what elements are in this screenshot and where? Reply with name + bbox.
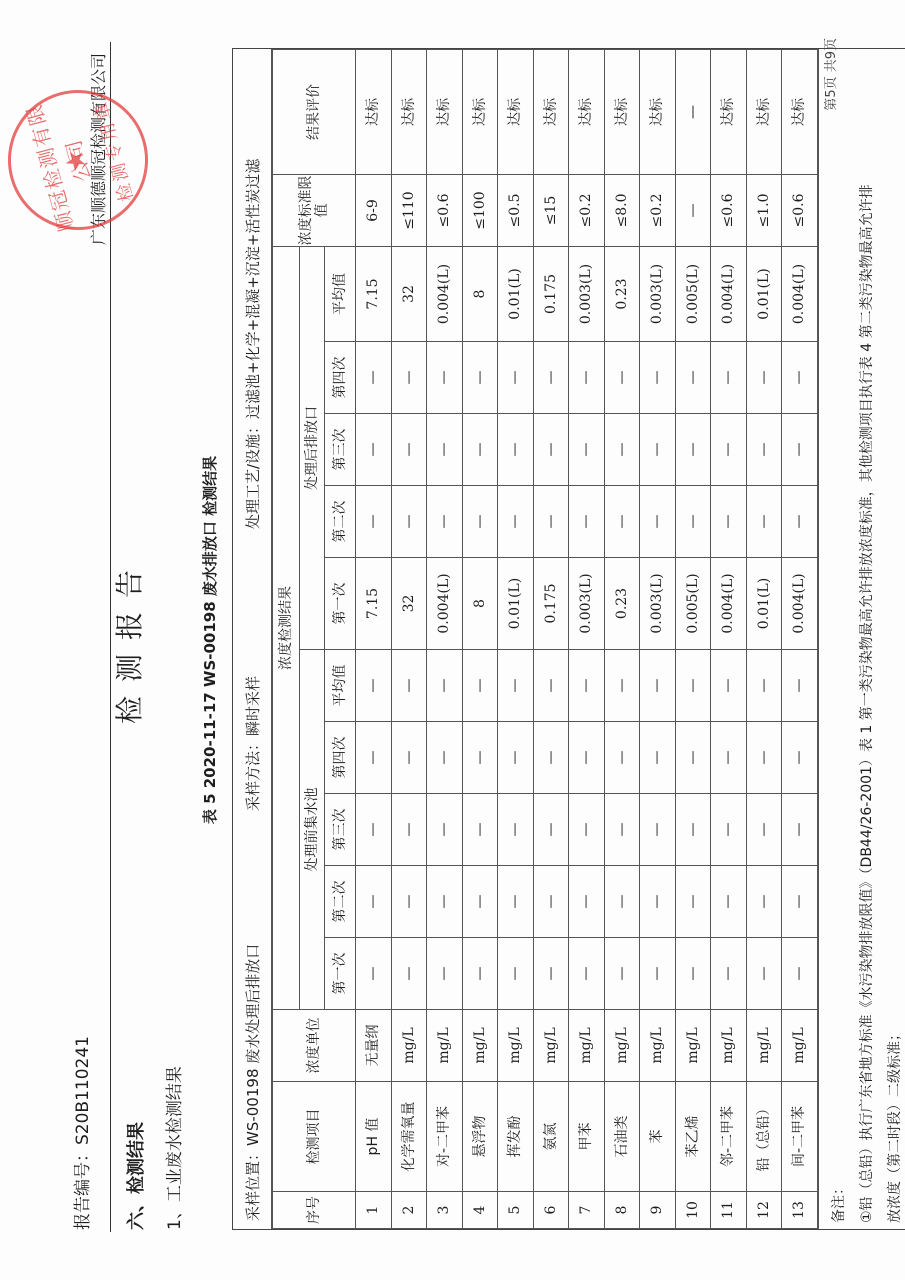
row-result: 达标 — [569, 50, 605, 175]
row-item: 悬浮物 — [462, 1082, 498, 1192]
page-number: 第5页 共9页 — [820, 38, 839, 111]
row-item: pH 值 — [356, 1082, 392, 1192]
row-unit: mg/L — [498, 1010, 534, 1082]
row-before-value: — — [498, 722, 534, 794]
row-before-value: — — [640, 650, 676, 722]
row-after-value: 8 — [462, 247, 498, 342]
row-before-value: — — [533, 650, 569, 722]
row-before-value: — — [675, 722, 711, 794]
row-before-value: — — [711, 722, 747, 794]
row-before-value: — — [640, 722, 676, 794]
row-limit: ≤0.6 — [782, 175, 818, 247]
row-before-value: — — [711, 650, 747, 722]
row-seq: 7 — [569, 1192, 605, 1229]
row-limit: ≤0.5 — [498, 175, 534, 247]
row-before-value: — — [498, 650, 534, 722]
row-after-value: — — [711, 486, 747, 558]
row-after-value: 0.01(L) — [498, 558, 534, 650]
row-seq: 9 — [640, 1192, 676, 1229]
row-item: 苯乙烯 — [675, 1082, 711, 1192]
table-row: 1pH 值无量纲—————7.15———7.156-9达标 — [356, 50, 392, 1229]
row-before-value: — — [391, 938, 427, 1010]
row-after-value: — — [782, 342, 818, 414]
row-after-value: — — [746, 342, 782, 414]
row-before-value: — — [356, 722, 392, 794]
table-row: 13间-二甲苯mg/L—————0.004(L)———0.004(L)≤0.6达… — [782, 50, 818, 1229]
row-after-value: — — [462, 486, 498, 558]
row-after-value: — — [356, 342, 392, 414]
row-unit: mg/L — [569, 1010, 605, 1082]
row-after-value: 0.004(L) — [782, 558, 818, 650]
row-item: 化学需氧量 — [391, 1082, 427, 1192]
row-limit: ≤0.6 — [427, 175, 463, 247]
row-before-value: — — [569, 794, 605, 866]
row-after-value: — — [640, 414, 676, 486]
row-seq: 10 — [675, 1192, 711, 1229]
row-seq: 2 — [391, 1192, 427, 1229]
row-after-value: — — [604, 414, 640, 486]
row-limit: ≤110 — [391, 175, 427, 247]
row-before-value: — — [391, 722, 427, 794]
row-after-value: — — [782, 486, 818, 558]
row-after-value: — — [462, 414, 498, 486]
row-after-value: — — [498, 414, 534, 486]
row-limit: ≤0.6 — [711, 175, 747, 247]
row-after-value: — — [356, 414, 392, 486]
row-after-value: — — [498, 486, 534, 558]
table-row: 10苯乙烯mg/L—————0.005(L)———0.005(L)—— — [675, 50, 711, 1229]
row-after-value: — — [711, 342, 747, 414]
row-before-value: — — [675, 938, 711, 1010]
report-number: 报告编号：S20B110241 — [68, 1036, 93, 1230]
row-before-value: — — [356, 938, 392, 1010]
row-after-value: 7.15 — [356, 247, 392, 342]
row-before-value: — — [640, 938, 676, 1010]
row-after-value: 0.004(L) — [711, 558, 747, 650]
table-notes: 备注： ①铅（总铅）执行广东省地方标准《水污染物排放限值》（DB44/26-20… — [818, 49, 905, 1229]
row-before-value: — — [746, 866, 782, 938]
row-before-value: — — [462, 794, 498, 866]
row-after-value: — — [569, 414, 605, 486]
row-before-value: — — [533, 866, 569, 938]
row-after-value: — — [711, 414, 747, 486]
row-before-value: — — [782, 722, 818, 794]
row-unit: mg/L — [604, 1010, 640, 1082]
row-limit: ≤8.0 — [604, 175, 640, 247]
row-result: 达标 — [640, 50, 676, 175]
row-before-value: — — [569, 722, 605, 794]
sampling-method: 采样方法：瞬时采样 — [242, 676, 263, 811]
row-after-value: — — [498, 342, 534, 414]
row-before-value: — — [427, 938, 463, 1010]
row-before-value: — — [746, 938, 782, 1010]
table-row: 5挥发酚mg/L—————0.01(L)———0.01(L)≤0.5达标 — [498, 50, 534, 1229]
row-item: 苯 — [640, 1082, 676, 1192]
row-unit: mg/L — [427, 1010, 463, 1082]
row-before-value: — — [427, 794, 463, 866]
row-before-value: — — [746, 650, 782, 722]
row-before-value: — — [782, 650, 818, 722]
row-after-value: — — [569, 342, 605, 414]
header-after-average: 平均值 — [325, 247, 356, 342]
row-before-value: — — [711, 794, 747, 866]
row-result: 达标 — [427, 50, 463, 175]
row-after-value: 0.003(L) — [640, 558, 676, 650]
row-limit: — — [675, 175, 711, 247]
table-row: 7甲苯mg/L—————0.003(L)———0.003(L)≤0.2达标 — [569, 50, 605, 1229]
row-after-value: — — [640, 486, 676, 558]
row-before-value: — — [711, 866, 747, 938]
row-before-value: — — [462, 722, 498, 794]
header-after-group: 处理后排放口 — [300, 247, 325, 650]
row-after-value: — — [569, 486, 605, 558]
table-row: 8石油类mg/L—————0.23———0.23≤8.0达标 — [604, 50, 640, 1229]
row-result: 达标 — [391, 50, 427, 175]
row-result: 达标 — [782, 50, 818, 175]
header-evaluation: 结果评价 — [273, 50, 356, 175]
report-page: 报告编号：S20B110241 检测报告 广东顺德顺冠检测有限公司 顺冠检测有限… — [0, 0, 905, 1280]
row-before-value: — — [746, 722, 782, 794]
row-before-value: — — [427, 650, 463, 722]
row-after-value: 0.01(L) — [746, 558, 782, 650]
row-limit: ≤100 — [462, 175, 498, 247]
row-before-value: — — [498, 794, 534, 866]
header-before-third: 第三次 — [325, 794, 356, 866]
row-after-value: — — [427, 414, 463, 486]
row-after-value: — — [746, 486, 782, 558]
header-after-second: 第二次 — [325, 486, 356, 558]
row-after-value: — — [782, 414, 818, 486]
row-unit: mg/L — [675, 1010, 711, 1082]
row-seq: 5 — [498, 1192, 534, 1229]
row-after-value: 0.003(L) — [569, 247, 605, 342]
header-after-third: 第三次 — [325, 414, 356, 486]
header-after-first: 第一次 — [325, 558, 356, 650]
row-item: 石油类 — [604, 1082, 640, 1192]
table-row: 6氨氮mg/L—————0.175———0.175≤15达标 — [533, 50, 569, 1229]
row-before-value: — — [498, 938, 534, 1010]
row-before-value: — — [675, 650, 711, 722]
row-after-value: 0.175 — [533, 247, 569, 342]
row-after-value: 0.004(L) — [427, 247, 463, 342]
row-before-value: — — [604, 650, 640, 722]
header-before-average: 平均值 — [325, 650, 356, 722]
row-before-value: — — [675, 866, 711, 938]
table-info-row: 采样位置：WS-00198 废水处理后排放口 采样方法：瞬时采样 处理工艺/设施… — [233, 49, 272, 1229]
row-item: 甲苯 — [569, 1082, 605, 1192]
row-result: 达标 — [711, 50, 747, 175]
row-after-value: 0.004(L) — [782, 247, 818, 342]
row-item: 对-二甲苯 — [427, 1082, 463, 1192]
table-row: 4悬浮物mg/L—————8———8≤100达标 — [462, 50, 498, 1229]
row-limit: ≤1.0 — [746, 175, 782, 247]
section-title: 六、检测结果 — [122, 1122, 148, 1230]
row-before-value: — — [782, 938, 818, 1010]
row-unit: mg/L — [711, 1010, 747, 1082]
row-before-value: — — [533, 722, 569, 794]
row-before-value: — — [356, 866, 392, 938]
header-before-first: 第一次 — [325, 938, 356, 1010]
row-before-value: — — [391, 794, 427, 866]
row-result: — — [675, 50, 711, 175]
row-item: 挥发酚 — [498, 1082, 534, 1192]
results-table: 采样位置：WS-00198 废水处理后排放口 采样方法：瞬时采样 处理工艺/设施… — [232, 48, 905, 1230]
row-unit: mg/L — [462, 1010, 498, 1082]
header-limit: 浓度标准限值 — [273, 175, 356, 247]
row-before-value: — — [782, 794, 818, 866]
row-unit: mg/L — [640, 1010, 676, 1082]
row-after-value: — — [356, 486, 392, 558]
row-before-value: — — [356, 650, 392, 722]
row-before-value: — — [604, 866, 640, 938]
row-before-value: — — [782, 866, 818, 938]
row-after-value: — — [391, 486, 427, 558]
note-line-1: ①铅（总铅）执行广东省地方标准《水污染物排放限值》（DB44/26-2001）表… — [853, 55, 881, 1223]
header-seq: 序号 — [273, 1192, 356, 1229]
row-result: 达标 — [604, 50, 640, 175]
notes-label: 备注： — [825, 55, 853, 1223]
table-row: 9苯mg/L—————0.003(L)———0.003(L)≤0.2达标 — [640, 50, 676, 1229]
header-item: 检测项目 — [273, 1082, 356, 1192]
row-seq: 3 — [427, 1192, 463, 1229]
row-before-value: — — [746, 794, 782, 866]
row-before-value: — — [604, 794, 640, 866]
table-row: 3对-二甲苯mg/L—————0.004(L)———0.004(L)≤0.6达标 — [427, 50, 463, 1229]
row-limit: ≤0.2 — [640, 175, 676, 247]
row-unit: mg/L — [533, 1010, 569, 1082]
row-after-value: 0.01(L) — [498, 247, 534, 342]
row-before-value: — — [533, 938, 569, 1010]
row-item: 间-二甲苯 — [782, 1082, 818, 1192]
row-seq: 11 — [711, 1192, 747, 1229]
subsection-title: 1、工业废水检测结果 — [160, 1066, 185, 1230]
row-unit: mg/L — [391, 1010, 427, 1082]
row-after-value: 0.005(L) — [675, 558, 711, 650]
row-unit: mg/L — [746, 1010, 782, 1082]
row-after-value: — — [675, 486, 711, 558]
row-seq: 1 — [356, 1192, 392, 1229]
row-before-value: — — [675, 794, 711, 866]
row-after-value: — — [533, 342, 569, 414]
row-before-value: — — [569, 866, 605, 938]
row-limit: ≤15 — [533, 175, 569, 247]
note-line-2: 放浓度（第二时段）二级标准； — [881, 55, 905, 1223]
row-before-value: — — [427, 866, 463, 938]
row-seq: 6 — [533, 1192, 569, 1229]
row-after-value: — — [391, 342, 427, 414]
row-before-value: — — [498, 866, 534, 938]
row-after-value: 32 — [391, 247, 427, 342]
row-before-value: — — [569, 938, 605, 1010]
table-caption: 表 5 2020-11-17 WS-00198 废水排放口 检测结果 — [199, 0, 220, 1280]
row-before-value: — — [356, 794, 392, 866]
row-before-value: — — [533, 794, 569, 866]
row-before-value: — — [604, 938, 640, 1010]
row-before-value: — — [391, 866, 427, 938]
row-item: 铅（总铅） — [746, 1082, 782, 1192]
row-after-value: 0.01(L) — [746, 247, 782, 342]
row-seq: 12 — [746, 1192, 782, 1229]
row-after-value: 0.004(L) — [427, 558, 463, 650]
treatment-process: 处理工艺/设施：过滤池+化学+混凝+沉淀+活性炭过滤 — [242, 159, 263, 529]
row-seq: 4 — [462, 1192, 498, 1229]
row-before-value: — — [391, 650, 427, 722]
row-unit: 无量纲 — [356, 1010, 392, 1082]
header-before-fourth: 第四次 — [325, 722, 356, 794]
row-item: 邻-二甲苯 — [711, 1082, 747, 1192]
row-before-value: — — [462, 866, 498, 938]
row-limit: 6-9 — [356, 175, 392, 247]
header-before-group: 处理前集水池 — [300, 650, 325, 1010]
row-after-value: — — [427, 342, 463, 414]
row-after-value: — — [604, 342, 640, 414]
row-after-value: 7.15 — [356, 558, 392, 650]
results-grid: 序号 检测项目 浓度单位 浓度检测结果 浓度标准限值 结果评价 处理前集水池 处… — [272, 49, 818, 1229]
table-row: 11邻-二甲苯mg/L—————0.004(L)———0.004(L)≤0.6达… — [711, 50, 747, 1229]
sampling-location: 采样位置：WS-00198 废水处理后排放口 — [242, 944, 263, 1221]
row-after-value: 0.005(L) — [675, 247, 711, 342]
row-before-value: — — [462, 650, 498, 722]
row-result: 达标 — [356, 50, 392, 175]
row-after-value: 0.003(L) — [640, 247, 676, 342]
row-seq: 13 — [782, 1192, 818, 1229]
row-after-value: — — [533, 486, 569, 558]
row-limit: ≤0.2 — [569, 175, 605, 247]
row-seq: 8 — [604, 1192, 640, 1229]
table-row: 12铅（总铅）mg/L—————0.01(L)———0.01(L)≤1.0达标 — [746, 50, 782, 1229]
row-after-value: — — [675, 342, 711, 414]
header-after-fourth: 第四次 — [325, 342, 356, 414]
row-after-value: — — [604, 486, 640, 558]
row-after-value: — — [391, 414, 427, 486]
header-before-second: 第二次 — [325, 866, 356, 938]
row-after-value: — — [746, 414, 782, 486]
row-after-value: — — [427, 486, 463, 558]
row-after-value: 0.003(L) — [569, 558, 605, 650]
row-result: 达标 — [533, 50, 569, 175]
row-result: 达标 — [746, 50, 782, 175]
row-after-value: — — [462, 342, 498, 414]
row-item: 氨氮 — [533, 1082, 569, 1192]
row-before-value: — — [427, 722, 463, 794]
row-after-value: 0.175 — [533, 558, 569, 650]
row-before-value: — — [640, 794, 676, 866]
row-after-value: — — [640, 342, 676, 414]
row-after-value: 8 — [462, 558, 498, 650]
row-before-value: — — [604, 722, 640, 794]
row-after-value: — — [533, 414, 569, 486]
row-after-value: 0.23 — [604, 558, 640, 650]
row-before-value: — — [640, 866, 676, 938]
header-concentration-results: 浓度检测结果 — [273, 247, 300, 1010]
row-after-value: — — [675, 414, 711, 486]
row-unit: mg/L — [782, 1010, 818, 1082]
table-row: 2化学需氧量mg/L—————32———32≤110达标 — [391, 50, 427, 1229]
row-before-value: — — [569, 650, 605, 722]
header-unit: 浓度单位 — [273, 1010, 356, 1082]
row-after-value: 0.004(L) — [711, 247, 747, 342]
row-result: 达标 — [462, 50, 498, 175]
row-result: 达标 — [498, 50, 534, 175]
row-after-value: 32 — [391, 558, 427, 650]
row-before-value: — — [462, 938, 498, 1010]
row-before-value: — — [711, 938, 747, 1010]
row-after-value: 0.23 — [604, 247, 640, 342]
